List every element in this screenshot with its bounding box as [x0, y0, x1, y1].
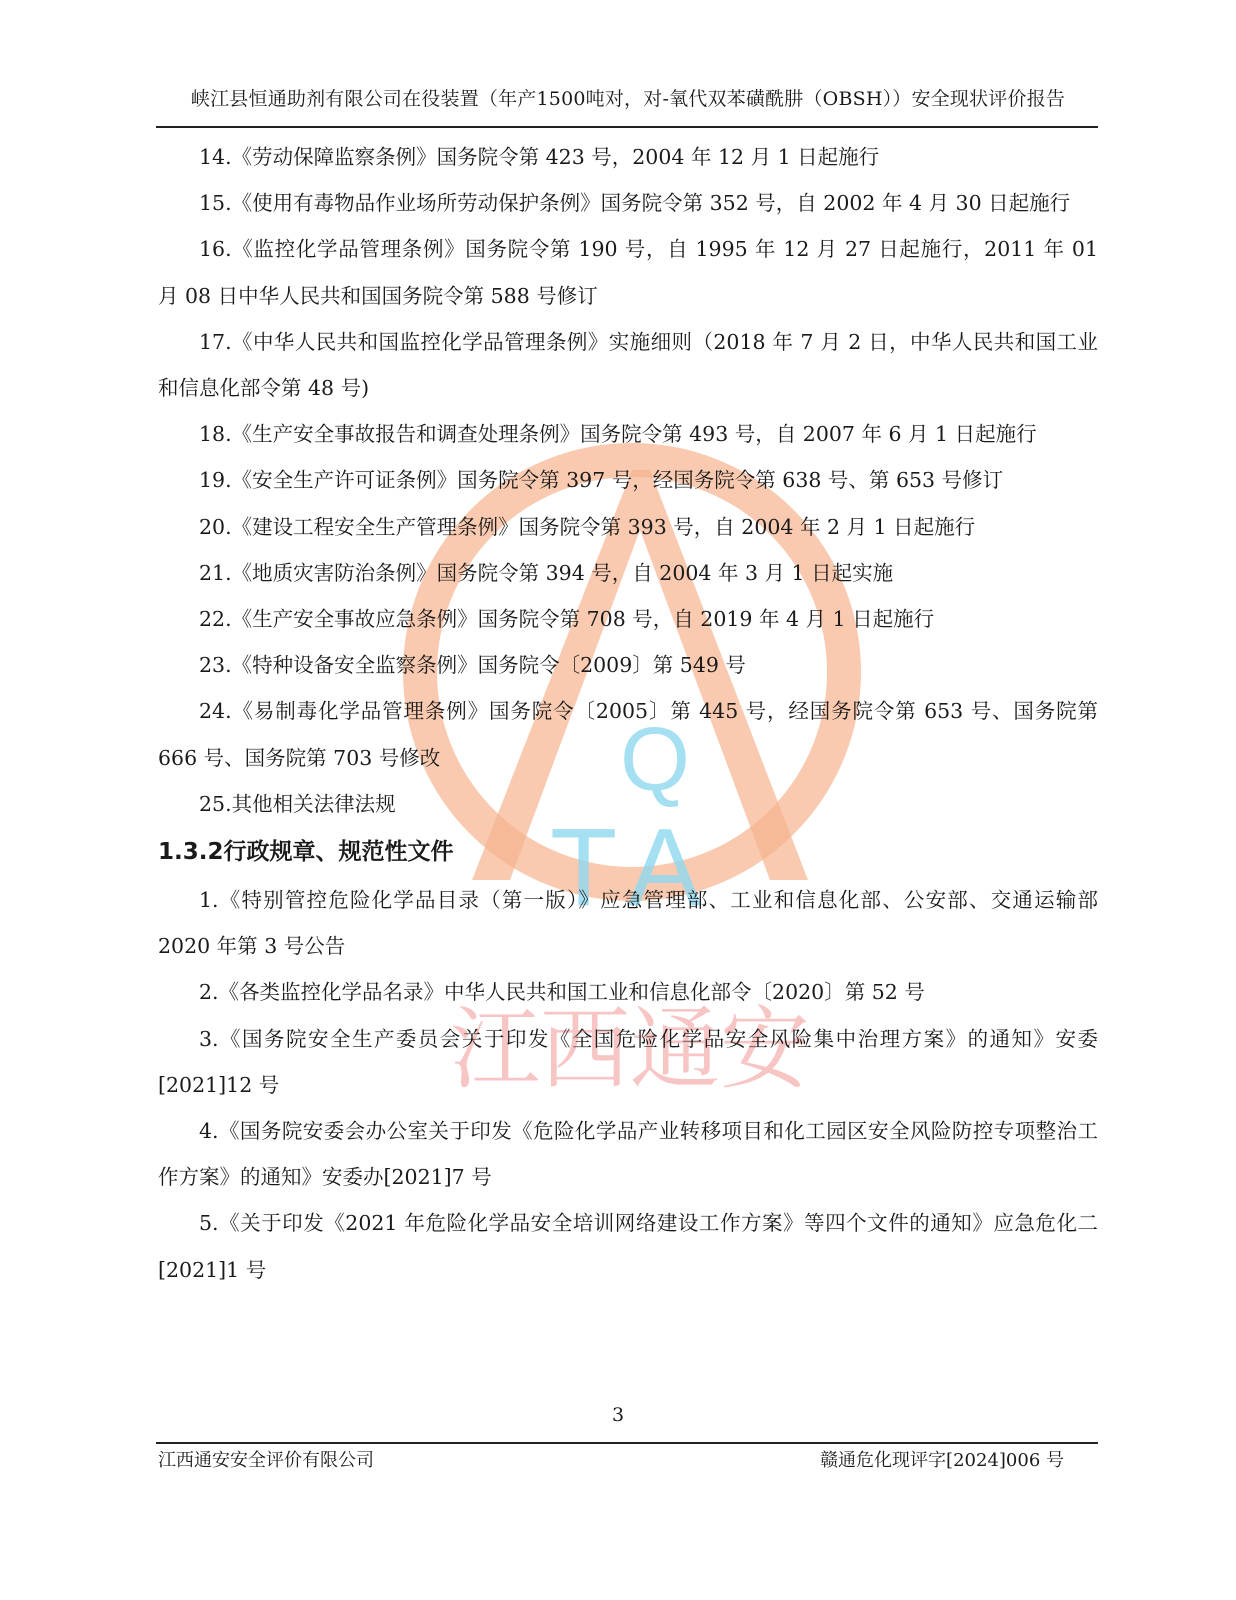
list-item: 25.其他相关法律法规 — [158, 781, 1098, 827]
list-item: 15.《使用有毒物品作业场所劳动保护条例》国务院令第 352 号，自 2002 … — [158, 180, 1098, 226]
page-number: 3 — [0, 1404, 1236, 1426]
list-item: 14.《劳动保障监察条例》国务院令第 423 号，2004 年 12 月 1 日… — [158, 134, 1098, 180]
list-item: 22.《生产安全事故应急条例》国务院令第 708 号，自 2019 年 4 月 … — [158, 596, 1098, 642]
list-item: 16.《监控化学品管理条例》国务院令第 190 号，自 1995 年 12 月 … — [158, 226, 1098, 318]
list-item: 4.《国务院安委会办公室关于印发《危险化学品产业转移项目和化工园区安全风险防控专… — [158, 1108, 1098, 1200]
footer-divider — [156, 1442, 1098, 1444]
list-item: 24.《易制毒化学品管理条例》国务院令〔2005〕第 445 号，经国务院令第 … — [158, 688, 1098, 780]
list-item: 17.《中华人民共和国监控化学品管理条例》实施细则（2018 年 7 月 2 日… — [158, 319, 1098, 411]
list-item: 21.《地质灾害防治条例》国务院令第 394 号，自 2004 年 3 月 1 … — [158, 550, 1098, 596]
list-item: 23.《特种设备安全监察条例》国务院令〔2009〕第 549 号 — [158, 642, 1098, 688]
header-divider — [156, 126, 1098, 128]
list-item: 3.《国务院安全生产委员会关于印发《全国危险化学品安全风险集中治理方案》的通知》… — [158, 1016, 1098, 1108]
list-item: 1.《特别管控危险化学品目录（第一版）》应急管理部、工业和信息化部、公安部、交通… — [158, 877, 1098, 969]
list-item: 2.《各类监控化学品名录》中华人民共和国工业和信息化部令〔2020〕第 52 号 — [158, 969, 1098, 1015]
section-heading: 1.3.2行政规章、规范性文件 — [158, 827, 1098, 877]
list-item: 5.《关于印发《2021 年危险化学品安全培训网络建设工作方案》等四个文件的通知… — [158, 1200, 1098, 1292]
page-header-title: 峡江县恒通助剂有限公司在役装置（年产1500吨对，对-氧代双苯磺酰肼（OBSH）… — [158, 84, 1098, 111]
list-item: 19.《安全生产许可证条例》国务院令第 397 号，经国务院令第 638 号、第… — [158, 457, 1098, 503]
document-body: 14.《劳动保障监察条例》国务院令第 423 号，2004 年 12 月 1 日… — [158, 134, 1098, 1293]
footer-company: 江西通安安全评价有限公司 — [158, 1446, 374, 1472]
list-item: 20.《建设工程安全生产管理条例》国务院令第 393 号，自 2004 年 2 … — [158, 504, 1098, 550]
list-item: 18.《生产安全事故报告和调查处理条例》国务院令第 493 号，自 2007 年… — [158, 411, 1098, 457]
footer-report-number: 赣通危化现评字[2024]006 号 — [820, 1446, 1064, 1472]
